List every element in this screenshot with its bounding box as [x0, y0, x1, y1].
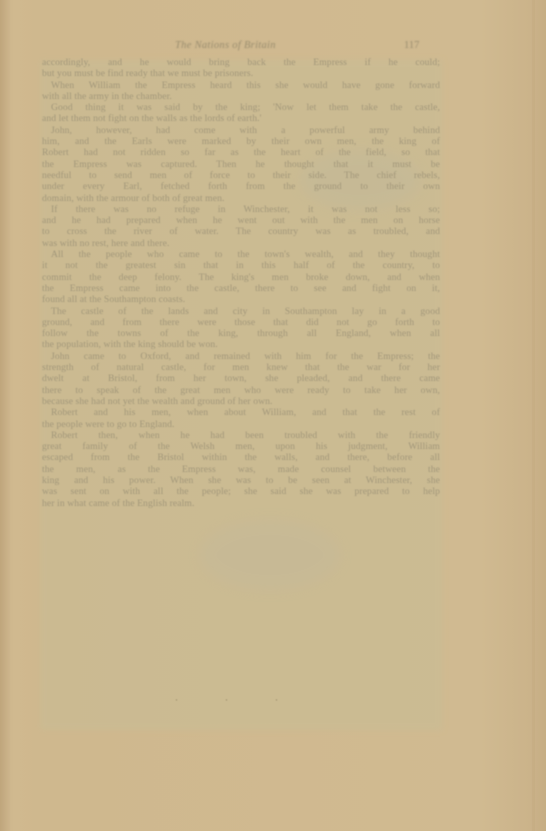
scan-stain — [200, 520, 340, 590]
text-line: commit the deep felony. The king's men b… — [42, 272, 440, 283]
page-footer: · · · — [60, 695, 440, 709]
scanned-page: The Nations of Britain 117 accordingly, … — [0, 0, 546, 831]
text-line: because she had not yet the wealth and g… — [42, 396, 440, 407]
page-header: The Nations of Britain 117 — [0, 40, 546, 54]
text-line: needful to send men of force to their si… — [42, 170, 440, 181]
text-line: Robert then, when he had been troubled w… — [42, 430, 440, 441]
text-line: John, however, had come with a powerful … — [42, 125, 440, 136]
text-line: great family of the Welsh men, upon his … — [42, 441, 440, 452]
paragraph: Good thing it was said by the king; 'Now… — [42, 102, 440, 125]
text-line: the population, with the king should be … — [42, 339, 440, 350]
paragraph: All the people who came to the town's we… — [42, 249, 440, 305]
page-edge — [532, 0, 535, 831]
text-line: but you must be find ready that we must … — [42, 68, 440, 79]
running-head: The Nations of Britain — [175, 40, 276, 51]
text-line: dwelt at Bristol, from her town, she ple… — [42, 373, 440, 384]
body-text: accordingly, and he would bring back the… — [42, 57, 440, 509]
paragraph: John, however, had come with a powerful … — [42, 125, 440, 204]
text-line: strength of natural castle, for men knew… — [42, 362, 440, 373]
text-line: Good thing it was said by the king; 'Now… — [42, 102, 440, 113]
text-line: accordingly, and he would bring back the… — [42, 57, 440, 68]
text-line: and he had prepared when he went out wit… — [42, 215, 440, 226]
text-line: escaped from the Bristol within the wall… — [42, 452, 440, 463]
text-line: Robert and his men, when about William, … — [42, 407, 440, 418]
paragraph: accordingly, and he would bring back the… — [42, 57, 440, 80]
paragraph: Robert and his men, when about William, … — [42, 407, 440, 430]
text-line: was sent on with all the people; she sai… — [42, 486, 440, 497]
text-line: her in what came of the English realm. — [42, 498, 440, 509]
text-line: the Empress came into the castle, there … — [42, 283, 440, 294]
book-gutter-shadow — [0, 0, 10, 831]
text-line: the men, as the Empress was, made counse… — [42, 464, 440, 475]
paragraph: Robert then, when he had been troubled w… — [42, 430, 440, 509]
paragraph: If there was no refuge in Winchester, it… — [42, 204, 440, 249]
text-line: was with no rest, here and there. — [42, 238, 440, 249]
text-line: follow the towns of the king, through al… — [42, 328, 440, 339]
footer-mark: · — [175, 695, 178, 705]
text-line: the Empress was captured. Then he though… — [42, 159, 440, 170]
paragraph: The castle of the lands and city in Sout… — [42, 306, 440, 351]
page-number: 117 — [404, 40, 419, 51]
text-line: to cross the river of water. The country… — [42, 226, 440, 237]
text-line: ground, and from there were those that d… — [42, 317, 440, 328]
text-line: under every Earl, fetched forth from the… — [42, 181, 440, 192]
paragraph: When William the Empress heard this she … — [42, 80, 440, 103]
text-line: All the people who came to the town's we… — [42, 249, 440, 260]
footer-mark: · — [275, 695, 278, 705]
paragraph: John came to Oxford, and remained with h… — [42, 351, 440, 407]
text-line: it not the greatest sin that in this hal… — [42, 260, 440, 271]
text-line: found all at the Southampton coasts. — [42, 294, 440, 305]
text-line: domain, with the armour of both of great… — [42, 193, 440, 204]
text-line: Robert had not ridden so far as the hear… — [42, 147, 440, 158]
text-line: him, and the Earls were marked by their … — [42, 136, 440, 147]
text-line: and let them not fight on the walls as t… — [42, 113, 440, 124]
text-line: king and his power. When she was to be s… — [42, 475, 440, 486]
text-line: the people were to go to England. — [42, 419, 440, 430]
text-line: with all the army in the chamber. — [42, 91, 440, 102]
text-line: there to speak of the great men who were… — [42, 385, 440, 396]
text-line: The castle of the lands and city in Sout… — [42, 306, 440, 317]
text-line: When William the Empress heard this she … — [42, 80, 440, 91]
text-line: John came to Oxford, and remained with h… — [42, 351, 440, 362]
text-line: If there was no refuge in Winchester, it… — [42, 204, 440, 215]
footer-mark: · — [225, 695, 228, 705]
